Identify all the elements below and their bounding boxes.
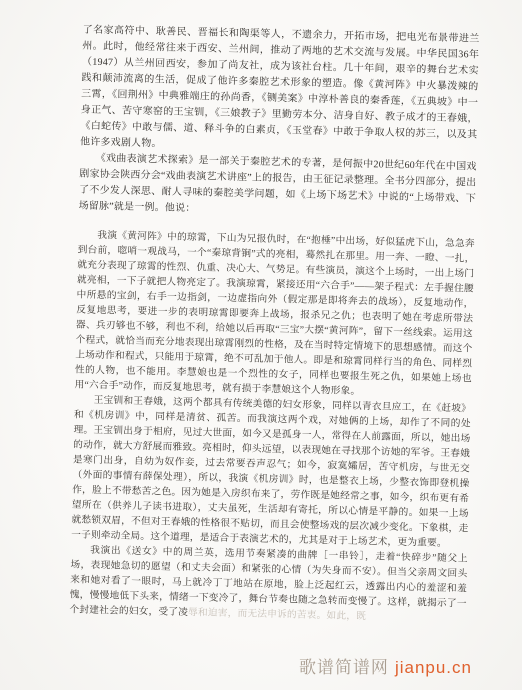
- quote-paragraph-songnv: 我演出《送女》中的周兰英，选用节奏紧凑的曲牌［一串铃］，走着“快碎步”随父上场，…: [69, 542, 468, 626]
- body-paragraph-book-intro: 《戏曲表演艺术探索》是一部关于秦腔艺术的专著，是何振中20世纪60年代在中国戏剧…: [78, 151, 476, 224]
- scanned-book-page: 了名家高符中、耿善民、晋福长和陶渠等人，不遗余力，开拓市场，把电光布景带进兰州。…: [0, 0, 522, 690]
- quote-paragraph-wangbaochuan-wangchune: 王宝钏和王春娥，这两个都具有传统美德的妇女形象，同样以青衣旦应工，在《赶坡》和《…: [71, 392, 471, 551]
- watermark-site-name: 歌谱简谱网: [299, 658, 389, 677]
- page-text-block: 了名家高符中、耿善民、晋福长和陶渠等人，不遗余力，开拓市场，把电光布景带进兰州。…: [69, 23, 479, 627]
- quote-paragraph-songnv-text: 我演出《送女》中的周兰英，选用节奏紧凑的曲牌［一串铃］，走着“快碎步”随父上场，…: [69, 545, 468, 618]
- quote-paragraph-huanghezhen: 我演《黄河阵》中的琼霄，下山为兄报仇时，在“抱棰”中出场，好似猛虎下山，急急奔到…: [74, 228, 475, 402]
- watermark-site-url: jianpu.cn: [395, 658, 472, 677]
- block-quote: 我演《黄河阵》中的琼霄，下山为兄报仇时，在“抱棰”中出场，好似猛虎下山，急急奔到…: [69, 228, 475, 627]
- quote-paragraph-songnv-faded-text: 辱和迫害，而无法申诉的苦衷。如此，既: [188, 607, 366, 622]
- body-paragraph-continuation: 了名家高符中、耿善民、晋福长和陶渠等人，不遗余力，开拓市场，把电光布景带进兰州。…: [80, 23, 480, 160]
- watermark: 歌谱简谱网jianpu.cn: [299, 653, 472, 678]
